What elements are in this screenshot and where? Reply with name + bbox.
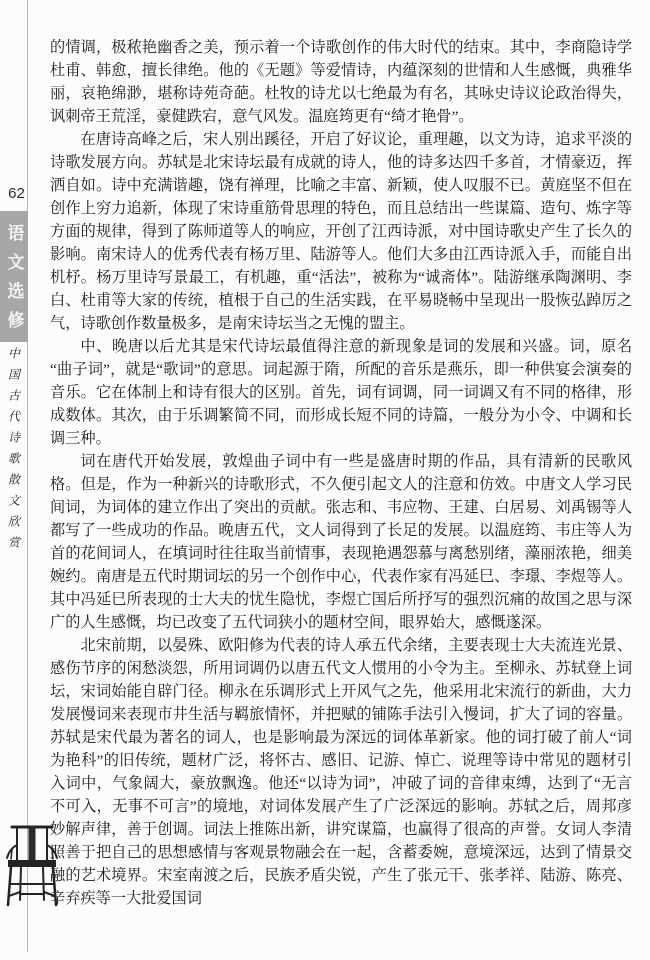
ming-chair-icon (4, 820, 60, 912)
body-paragraph: 中、晚唐以后尤其是宋代诗坛最值得注意的新现象是词的发展和兴盛。词，原名“曲子词”… (50, 335, 632, 450)
body-paragraph: 的情调，极秾艳幽香之美，预示着一个诗歌创作的伟大时代的结束。其中，李商隐诗学杜甫… (50, 36, 632, 128)
body-paragraph: 词在唐代开始发展，敦煌曲子词中有一些是盛唐时期的作品，具有清新的民歌风格。但是，… (50, 450, 632, 634)
page-number: 62 (6, 185, 27, 202)
book-title-vertical: 中国古代诗歌散文欣赏 (2, 347, 26, 557)
body-paragraph: 北宋前期，以晏殊、欧阳修为代表的诗人承五代余绪，主要表现士大夫流连光景、感伤节序… (50, 634, 632, 910)
body-paragraph: 在唐诗高峰之后，宋人别出蹊径，开启了好议论，重理趣，以文为诗，追求平淡的诗歌发展… (50, 128, 632, 335)
series-banner-title: 语文选修 (2, 224, 27, 340)
main-text-block: 的情调，极秾艳幽香之美，预示着一个诗歌创作的伟大时代的结束。其中，李商隐诗学杜甫… (50, 36, 632, 910)
textbook-page: 62 语文选修 中国古代诗歌散文欣赏 的情调，极秾艳幽香之美，预示着一个诗歌创作… (0, 0, 650, 960)
margin-divider-line (27, 0, 28, 952)
book-title-text: 中国古代诗歌散文欣赏 (6, 347, 23, 557)
series-banner: 语文选修 (0, 211, 28, 342)
